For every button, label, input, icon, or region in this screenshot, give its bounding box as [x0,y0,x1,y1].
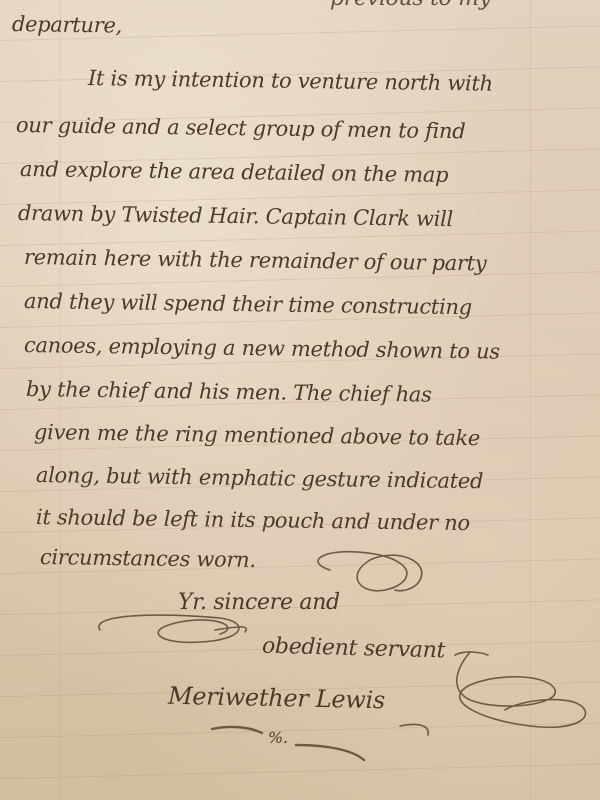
body-line-8: by the chief and his men. The chief has [26,377,432,407]
body-line-6: and they will spend their time construct… [24,289,472,319]
body-line-10: along, but with emphatic gesture indicat… [36,463,483,493]
signature-mark: %. [268,728,288,747]
signature: Meriwether Lewis [168,682,386,715]
body-line-3: and explore the area detailed on the map [20,157,449,187]
body-line-2: our guide and a select group of men to f… [16,113,466,143]
closing-line-1: Yr. sincere and [178,590,340,615]
closing-line-2: obedient servant [262,634,446,664]
body-line-12: circumstances worn. [40,545,256,572]
body-line-7: canoes, employing a new method shown to … [24,333,500,364]
partial-top-line: previous to my [330,0,491,11]
paragraph-tail: departure, [12,12,122,38]
body-line-9: given me the ring mentioned above to tak… [34,420,480,450]
body-line-5: remain here with the remainder of our pa… [24,245,487,275]
body-line-4: drawn by Twisted Hair. Captain Clark wil… [18,201,453,231]
body-line-1: It is my intention to venture north with [88,66,493,96]
paper-grid-line [530,0,531,800]
body-line-11: it should be left in its pouch and under… [36,505,470,535]
